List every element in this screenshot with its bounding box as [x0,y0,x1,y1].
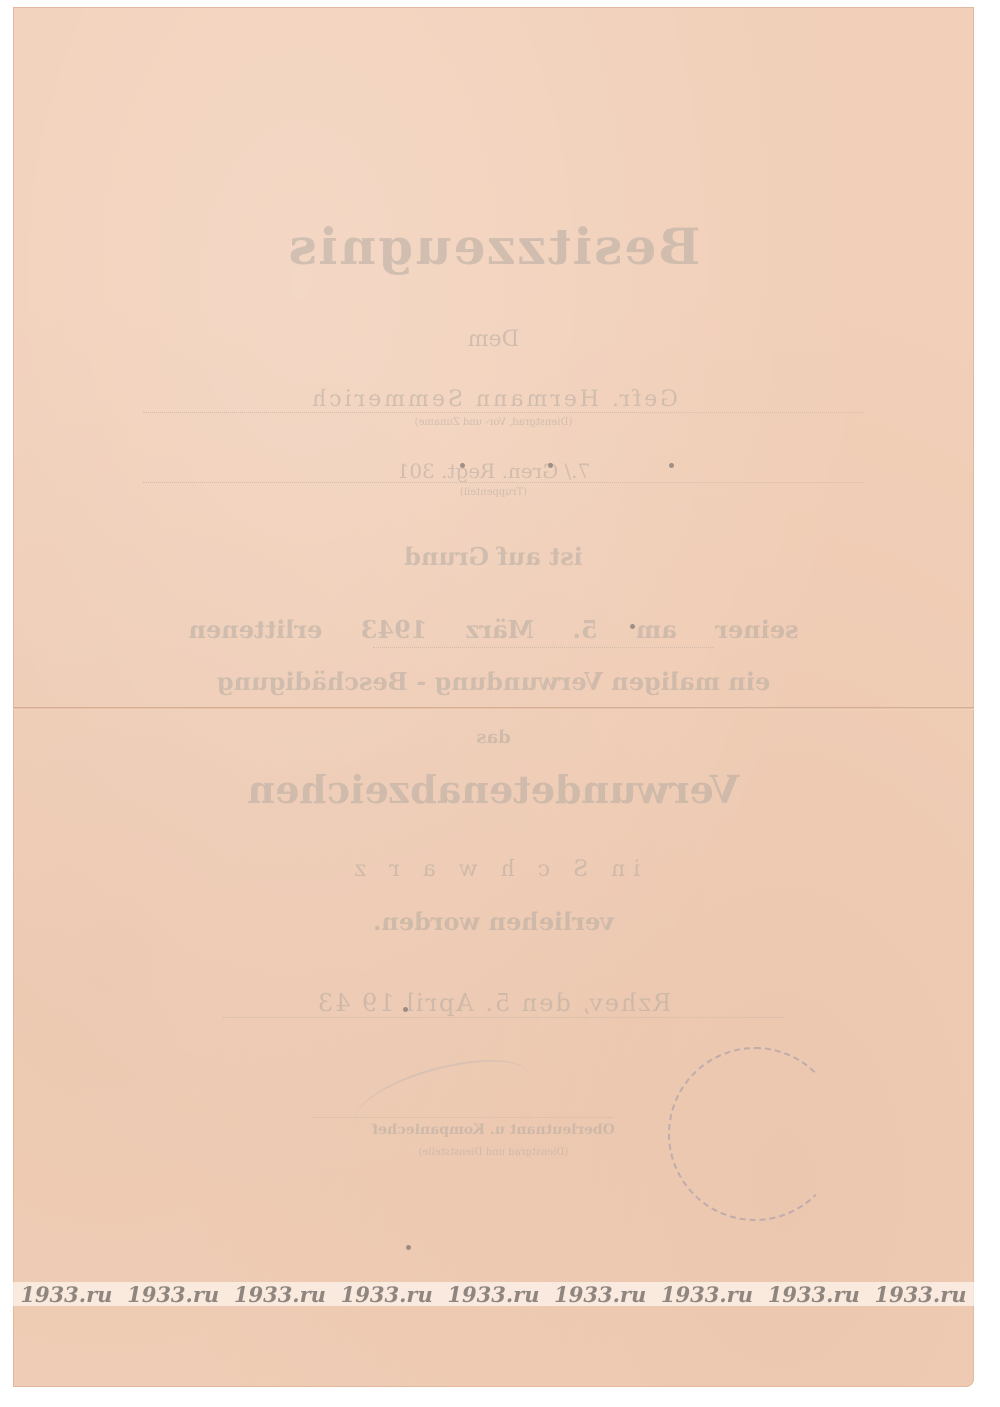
fold-crease [13,707,974,710]
dotted-line [223,1017,783,1018]
doc-title: Besitzzeugnis [13,217,974,276]
document-paper: Besitzzeugnis Dem Gefr. Hermann Semmeric… [13,7,974,1387]
pin-hole [548,463,553,468]
watermark-text: 1933.ru [870,1282,970,1306]
watermark-text: 1933.ru [550,1282,650,1306]
doc-class: in S c h w a r z [13,857,974,882]
dotted-line [143,412,863,413]
watermark-text: 1933.ru [16,1282,116,1306]
watermark-text: 1933.ru [443,1282,543,1306]
pin-hole [630,624,635,629]
watermark-text: 1933.ru [230,1282,330,1306]
doc-ist-auf-grund: ist auf Grund [13,542,974,571]
dotted-line [313,1117,613,1118]
doc-verwundung: ein maligen Verwundung - Beschädigung [13,667,974,696]
doc-das: das [13,727,974,748]
dotted-line [373,647,713,648]
dotted-line [143,482,863,483]
pin-hole [669,463,674,468]
pin-hole [406,1245,411,1250]
pin-hole [403,1007,408,1012]
doc-date-wounded: seiner am 5. März 1943 erlittenen [13,615,974,644]
watermark-text: 1933.ru [764,1282,864,1306]
doc-place-date: Rzhev, den 5. April 19 43 [13,989,974,1017]
doc-name-caption: (Dienstgrad, Vor- und Zuname) [13,417,974,428]
watermark-text: 1933.ru [657,1282,757,1306]
watermark-text: 1933.ru [123,1282,223,1306]
pin-hole [460,463,465,468]
doc-name: Gefr. Hermann Semmerich [13,387,974,412]
watermark-strip: 1933.ru1933.ru1933.ru1933.ru1933.ru1933.… [13,1282,974,1306]
doc-badge-name: Verwundetenabzeichen [13,767,974,812]
doc-verliehen: verliehen worden. [13,907,974,936]
doc-dem: Dem [13,327,974,352]
watermark-text: 1933.ru [337,1282,437,1306]
doc-unit: 7./ Gren. Regt. 301 [13,459,974,483]
doc-unit-caption: (Truppenteil) [13,487,974,498]
official-stamp [668,1047,842,1221]
